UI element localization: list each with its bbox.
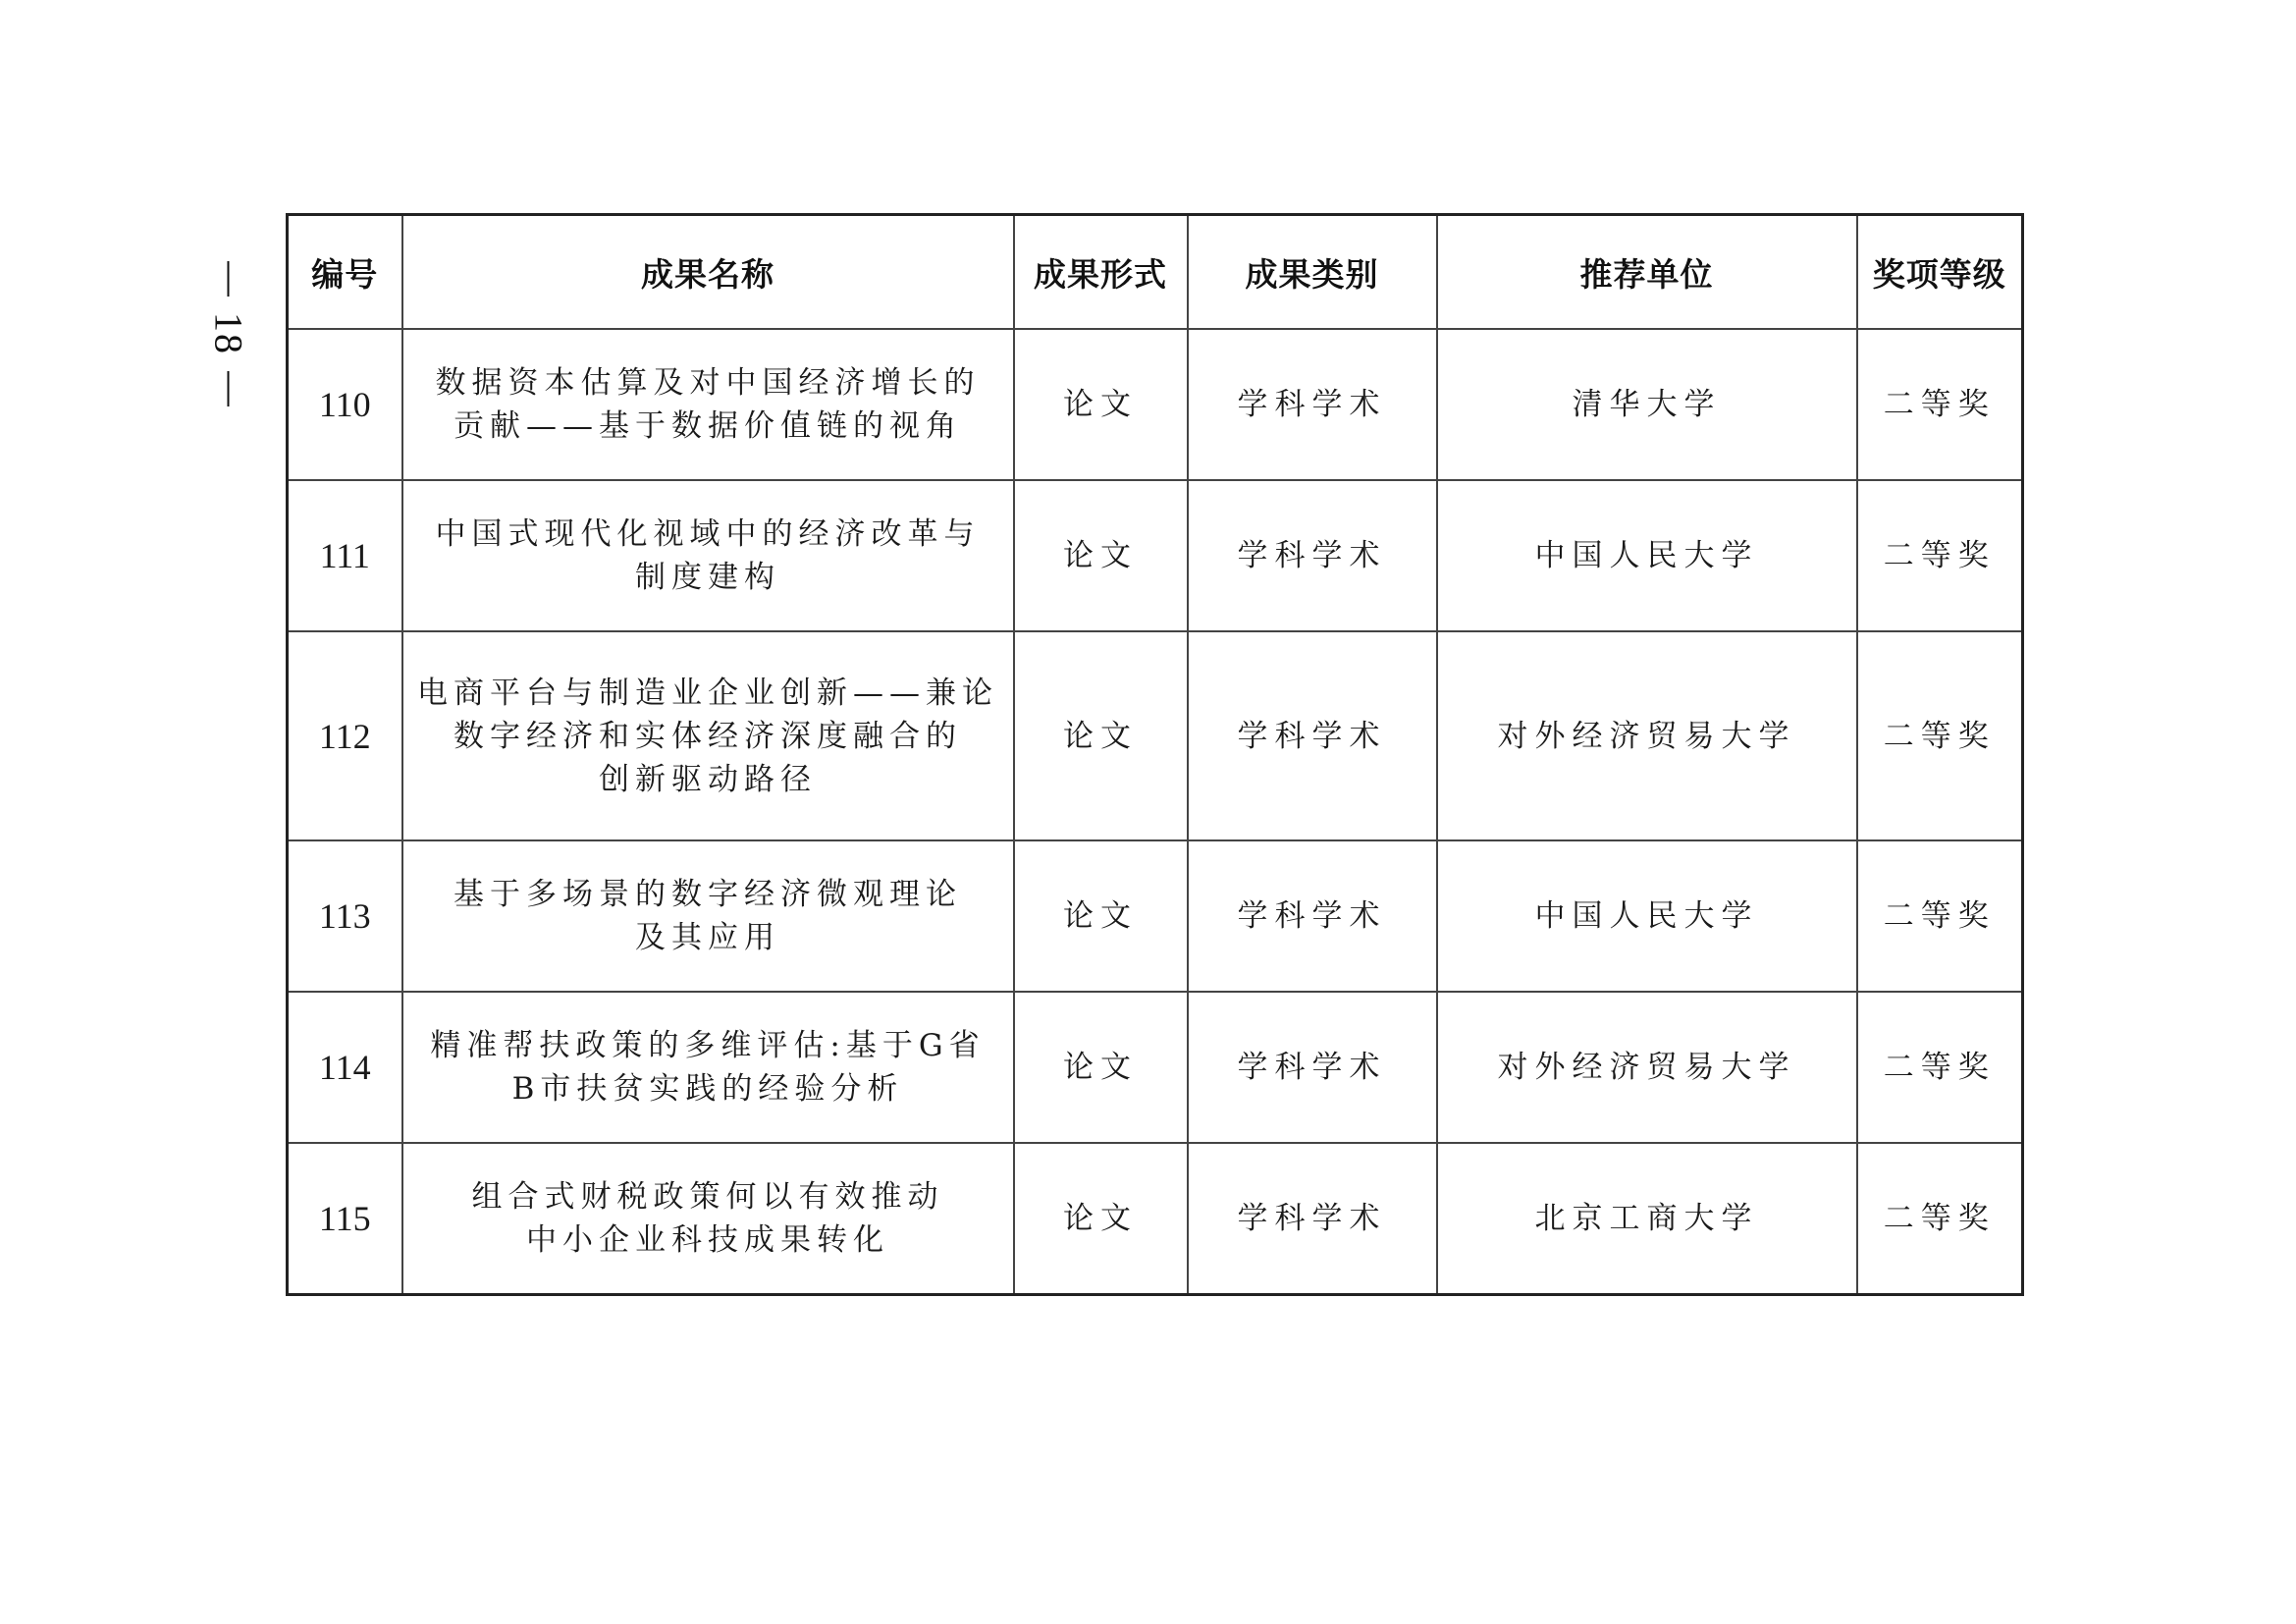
table-row: 111 中国式现代化视域中的经济改革与 制度建构 论文 学科学术 中国人民大学 … [288,480,2023,631]
header-category: 成果类别 [1188,215,1437,330]
cell-id: 111 [288,480,402,631]
title-line: 贡献——基于数据价值链的视角 [405,405,1011,448]
cell-unit: 对外经济贸易大学 [1437,631,1857,840]
title-line: 组合式财税政策何以有效推动 [405,1175,1011,1218]
cell-category: 学科学术 [1188,992,1437,1143]
title-line: 创新驱动路径 [405,758,1011,801]
cell-id: 114 [288,992,402,1143]
title-line: 制度建构 [405,556,1011,599]
cell-form: 论文 [1014,840,1188,992]
header-title: 成果名称 [402,215,1014,330]
header-form: 成果形式 [1014,215,1188,330]
header-id: 编号 [288,215,402,330]
cell-title: 电商平台与制造业企业创新——兼论 数字经济和实体经济深度融合的 创新驱动路径 [402,631,1014,840]
cell-unit: 中国人民大学 [1437,840,1857,992]
cell-level: 二等奖 [1857,992,2023,1143]
cell-form: 论文 [1014,329,1188,480]
cell-title: 组合式财税政策何以有效推动 中小企业科技成果转化 [402,1143,1014,1295]
header-level: 奖项等级 [1857,215,2023,330]
title-line: 中小企业科技成果转化 [405,1218,1011,1262]
cell-level: 二等奖 [1857,480,2023,631]
cell-form: 论文 [1014,992,1188,1143]
title-line: 基于多场景的数字经济微观理论 [405,873,1011,916]
table-row: 115 组合式财税政策何以有效推动 中小企业科技成果转化 论文 学科学术 北京工… [288,1143,2023,1295]
cell-category: 学科学术 [1188,480,1437,631]
table-row: 114 精准帮扶政策的多维评估:基于G省 B市扶贫实践的经验分析 论文 学科学术… [288,992,2023,1143]
cell-unit: 中国人民大学 [1437,480,1857,631]
page-number-value: 18 [206,312,252,355]
cell-level: 二等奖 [1857,840,2023,992]
cell-form: 论文 [1014,631,1188,840]
cell-unit: 北京工商大学 [1437,1143,1857,1295]
table-body: 110 数据资本估算及对中国经济增长的 贡献——基于数据价值链的视角 论文 学科… [288,329,2023,1295]
awards-table: 编号 成果名称 成果形式 成果类别 推荐单位 奖项等级 110 数据资本估算及对… [286,213,2024,1296]
cell-category: 学科学术 [1188,840,1437,992]
cell-id: 113 [288,840,402,992]
cell-category: 学科学术 [1188,329,1437,480]
title-line: 中国式现代化视域中的经济改革与 [405,513,1011,556]
title-line: 数据资本估算及对中国经济增长的 [405,361,1011,405]
title-line: 及其应用 [405,916,1011,959]
title-line: B市扶贫实践的经验分析 [405,1067,1011,1110]
cell-level: 二等奖 [1857,1143,2023,1295]
header-unit: 推荐单位 [1437,215,1857,330]
title-line: 数字经济和实体经济深度融合的 [405,715,1011,758]
cell-title: 数据资本估算及对中国经济增长的 贡献——基于数据价值链的视角 [402,329,1014,480]
cell-title: 精准帮扶政策的多维评估:基于G省 B市扶贫实践的经验分析 [402,992,1014,1143]
cell-title: 中国式现代化视域中的经济改革与 制度建构 [402,480,1014,631]
cell-category: 学科学术 [1188,1143,1437,1295]
table-row: 113 基于多场景的数字经济微观理论 及其应用 论文 学科学术 中国人民大学 二… [288,840,2023,992]
cell-form: 论文 [1014,1143,1188,1295]
cell-id: 115 [288,1143,402,1295]
table-row: 112 电商平台与制造业企业创新——兼论 数字经济和实体经济深度融合的 创新驱动… [288,631,2023,840]
page-number-dash-right [228,371,230,406]
page-number-dash-left [228,261,230,297]
table-header: 编号 成果名称 成果形式 成果类别 推荐单位 奖项等级 [288,215,2023,330]
cell-unit: 清华大学 [1437,329,1857,480]
cell-id: 112 [288,631,402,840]
table-row: 110 数据资本估算及对中国经济增长的 贡献——基于数据价值链的视角 论文 学科… [288,329,2023,480]
cell-id: 110 [288,329,402,480]
cell-form: 论文 [1014,480,1188,631]
cell-unit: 对外经济贸易大学 [1437,992,1857,1143]
cell-level: 二等奖 [1857,329,2023,480]
cell-category: 学科学术 [1188,631,1437,840]
cell-level: 二等奖 [1857,631,2023,840]
page-number: 18 [206,261,252,406]
header-row: 编号 成果名称 成果形式 成果类别 推荐单位 奖项等级 [288,215,2023,330]
cell-title: 基于多场景的数字经济微观理论 及其应用 [402,840,1014,992]
title-line: 电商平台与制造业企业创新——兼论 [405,672,1011,715]
title-line: 精准帮扶政策的多维评估:基于G省 [405,1024,1011,1067]
